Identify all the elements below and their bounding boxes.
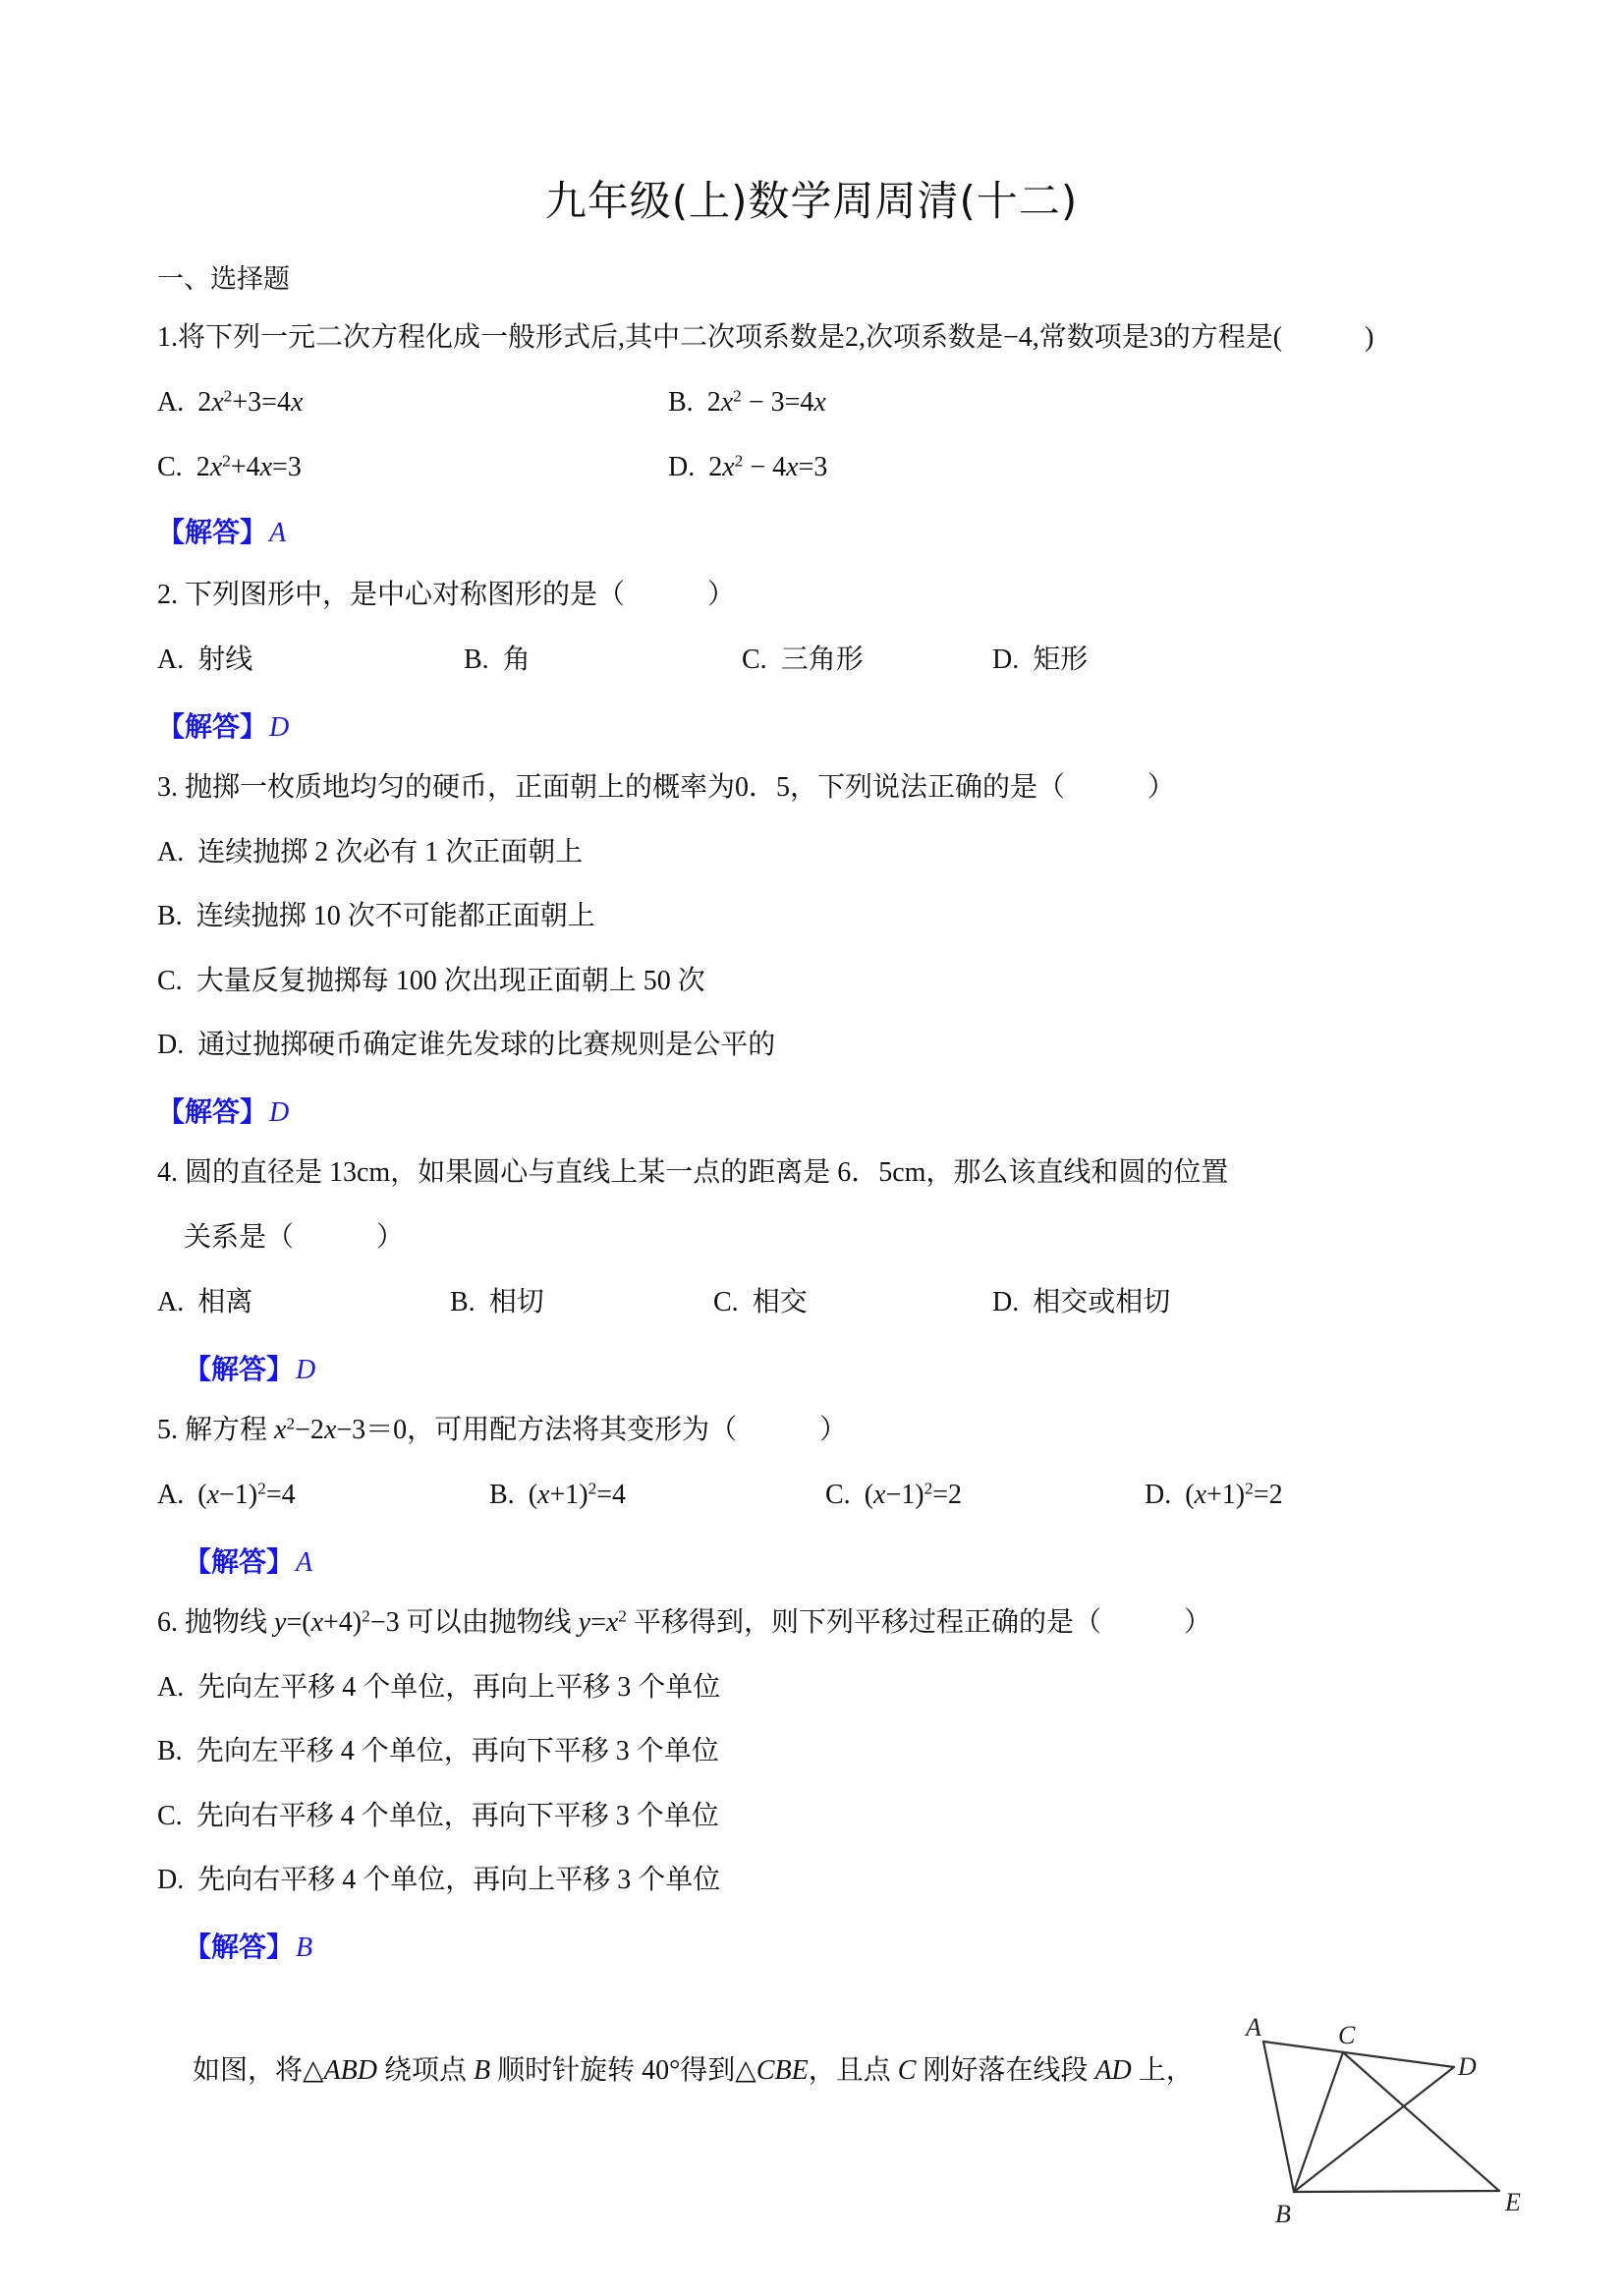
point-label-c: C <box>1338 2021 1356 2049</box>
question-2-option-c: C. 三角形 <box>742 643 864 678</box>
question-5-option-a: A. (x−1)2=4 <box>157 1478 296 1513</box>
segment-be <box>1294 2191 1499 2192</box>
question-5-stem: 5. 解方程 x2−2x−3＝0，可用配方法将其变形为（ ） <box>157 1413 847 1448</box>
question-3-option-d: D. 通过抛掷硬币确定谁先发球的比赛规则是公平的 <box>157 1028 775 1063</box>
question-4-answer: 【解答】D <box>184 1348 315 1387</box>
point-label-a: A <box>1244 2013 1261 2042</box>
question-3-stem: 3. 抛掷一枚质地均匀的硬币，正面朝上的概率为0．5，下列说法正确的是（ ） <box>157 770 1175 806</box>
question-1-option-a: A. 2x2+3=4x <box>157 385 303 420</box>
question-5-option-c: C. (x−1)2=2 <box>825 1478 962 1513</box>
question-4-option-c: C. 相交 <box>713 1285 808 1320</box>
question-6-option-c: C. 先向右平移 4 个单位，再向下平移 3 个单位 <box>157 1799 719 1834</box>
question-5-answer: 【解答】A <box>184 1540 312 1580</box>
question-3-option-a: A. 连续抛掷 2 次必有 1 次正面朝上 <box>157 835 583 870</box>
question-4-option-d: D. 相交或相切 <box>992 1285 1170 1320</box>
question-1-option-b: B. 2x2 − 3=4x <box>668 385 826 420</box>
rotation-figure: A C D B E <box>1228 2004 1542 2250</box>
question-4-option-a: A. 相离 <box>157 1285 252 1320</box>
segment-bc <box>1294 2052 1343 2192</box>
question-2-option-b: B. 角 <box>464 643 531 678</box>
question-1-stem: 1.将下列一元二次方程化成一般形式后,其中二次项系数是2,次项系数是−4,常数项… <box>157 320 1373 356</box>
question-7-stem: 如图，将△ABD 绕项点 B 顺时针旋转 40°得到△CBE，且点 C 刚好落在… <box>193 2053 1194 2089</box>
page-title: 九年级(上)数学周周清(十二) <box>0 169 1623 228</box>
question-4-stem-continued: 关系是（ ） <box>184 1220 404 1256</box>
point-label-e: E <box>1504 2188 1521 2216</box>
question-2-answer: 【解答】D <box>157 705 289 745</box>
question-1-option-d: D. 2x2 − 4x=3 <box>668 450 827 485</box>
question-6-stem: 6. 抛物线 y=(x+4)2−3 可以由抛物线 y=x2 平移得到，则下列平移… <box>157 1605 1211 1641</box>
question-2-option-a: A. 射线 <box>157 643 252 678</box>
question-6-option-a: A. 先向左平移 4 个单位，再向上平移 3 个单位 <box>157 1670 720 1706</box>
segment-ad <box>1263 2042 1454 2067</box>
question-3-option-c: C. 大量反复抛掷每 100 次出现正面朝上 50 次 <box>157 964 705 999</box>
question-4-stem: 4. 圆的直径是 13cm，如果圆心与直线上某一点的距离是 6．5cm，那么该直… <box>157 1155 1228 1191</box>
segment-ab <box>1263 2042 1294 2192</box>
section-heading: 一、选择题 <box>157 257 290 296</box>
question-6-option-d: D. 先向右平移 4 个单位，再向上平移 3 个单位 <box>157 1863 720 1898</box>
question-5-option-d: D. (x+1)2=2 <box>1145 1478 1283 1513</box>
question-1-option-c: C. 2x2+4x=3 <box>157 450 302 485</box>
question-6-option-b: B. 先向左平移 4 个单位，再向下平移 3 个单位 <box>157 1734 719 1769</box>
point-label-d: D <box>1457 2052 1477 2081</box>
question-4-option-b: B. 相切 <box>450 1285 544 1320</box>
question-3-option-b: B. 连续抛掷 10 次不可能都正面朝上 <box>157 899 595 934</box>
question-1-answer: 【解答】A <box>157 511 286 550</box>
question-6-answer: 【解答】B <box>184 1926 312 1965</box>
question-2-stem: 2. 下列图形中，是中心对称图形的是（ ） <box>157 578 735 613</box>
question-2-option-d: D. 矩形 <box>992 643 1088 678</box>
question-5-option-b: B. (x+1)2=4 <box>489 1478 626 1513</box>
point-label-b: B <box>1275 2200 1291 2228</box>
question-3-answer: 【解答】D <box>157 1091 289 1130</box>
